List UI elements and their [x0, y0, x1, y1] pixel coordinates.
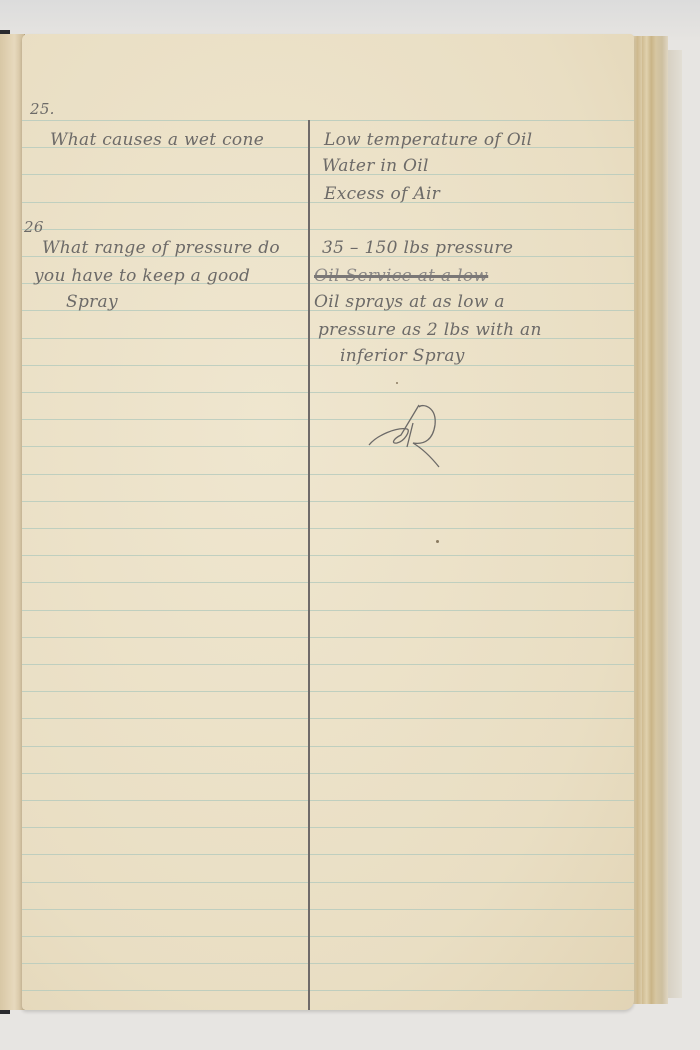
- rule-line: [22, 419, 634, 420]
- rule-line: [22, 528, 634, 529]
- rule-line: [22, 120, 634, 121]
- struck-answer-line: Oil Service at a low: [314, 266, 488, 286]
- paper-speck: [396, 382, 398, 384]
- rule-line: [22, 746, 634, 747]
- rule-line: [22, 637, 634, 638]
- rule-line: [22, 474, 634, 475]
- answer-line: Excess of Air: [324, 184, 440, 204]
- question-line: What causes a wet cone: [50, 130, 264, 150]
- rule-line: [22, 909, 634, 910]
- signature-initials: [367, 399, 467, 469]
- rule-line: [22, 555, 634, 556]
- answer-line: pressure as 2 lbs with an: [318, 320, 542, 340]
- notebook-page: 25. What causes a wet cone Low temperatu…: [22, 34, 634, 1010]
- entry-number: 26: [24, 218, 44, 236]
- rule-line: [22, 963, 634, 964]
- answer-line: inferior Spray: [340, 346, 465, 366]
- answer-line: 35 – 150 lbs pressure: [322, 238, 513, 258]
- page-stack-edge: [642, 36, 656, 1004]
- rule-line: [22, 718, 634, 719]
- rule-line: [22, 446, 634, 447]
- entry-number: 25.: [30, 100, 55, 118]
- rule-line: [22, 691, 634, 692]
- answer-line: Water in Oil: [322, 156, 429, 176]
- rule-line: [22, 773, 634, 774]
- page-stack-edge: [668, 50, 682, 998]
- page-stack-edge: [656, 36, 668, 1004]
- rule-line: [22, 582, 634, 583]
- rule-line: [22, 392, 634, 393]
- rule-line: [22, 990, 634, 991]
- question-line: you have to keep a good: [34, 266, 250, 286]
- rule-line: [22, 664, 634, 665]
- rule-line: [22, 827, 634, 828]
- answer-line: Oil sprays at as low a: [314, 292, 505, 312]
- rule-line: [22, 229, 634, 230]
- rule-line: [22, 800, 634, 801]
- column-divider: [308, 120, 310, 1010]
- rule-line: [22, 610, 634, 611]
- rule-line: [22, 936, 634, 937]
- rule-line: [22, 501, 634, 502]
- question-line: What range of pressure do: [42, 238, 280, 258]
- question-line: Spray: [66, 292, 118, 312]
- rule-line: [22, 882, 634, 883]
- paper-speck: [436, 540, 439, 543]
- rule-line: [22, 365, 634, 366]
- rule-line: [22, 854, 634, 855]
- answer-line: Low temperature of Oil: [324, 130, 532, 150]
